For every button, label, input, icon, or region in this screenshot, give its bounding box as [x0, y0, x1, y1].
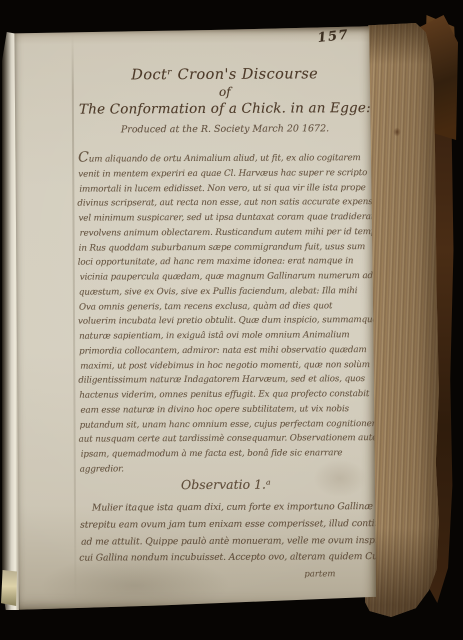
- manuscript-line: maximi, ut post videbimus in hoc negotio…: [80, 358, 376, 374]
- manuscript-line: hactenus viderim, omnes penitus effugit.…: [79, 387, 376, 403]
- manuscript-line: naturæ sapientiam, in exiguâ istâ ovi mo…: [79, 328, 376, 344]
- manuscript-line: ipsam, quemadmodum à me facta est, bonâ …: [81, 446, 377, 462]
- manuscript-line: strepitu eam ovum jam tum enixam esse co…: [80, 516, 376, 534]
- manuscript-body: Cum aliquando de ortu Animalium aliud, u…: [78, 149, 376, 477]
- manuscript-line: primordia collocantem, admiror: nata est…: [79, 343, 376, 359]
- manuscript-line: Ova omnis generis, tam recens exclusa, q…: [79, 299, 377, 315]
- facing-page-bottom-corner: [1, 570, 17, 606]
- manuscript-line: venit in mentem experiri ea quae Cl. Har…: [78, 166, 376, 182]
- catchword: partem: [304, 569, 335, 579]
- manuscript-line: in Rus quoddam suburbanum sæpe commigran…: [79, 240, 377, 256]
- manuscript-page: 157 Doctʳ Croon's Discourse of The Confo…: [11, 25, 376, 611]
- title-block: Doctʳ Croon's Discourse of The Conformat…: [74, 65, 376, 138]
- manuscript-line: loci opportunitate, ad hanc rem maxime i…: [78, 254, 377, 270]
- page-number: 157: [317, 28, 350, 46]
- manuscript-line: aut nusquam certe aut tardissimè consequ…: [79, 431, 377, 447]
- manuscript-line: aggredior.: [80, 461, 377, 477]
- observation-paragraph: Mulier itaque ista quam dixi, cum forte …: [80, 499, 377, 568]
- manuscript-line: cui Gallina nondum incubuisset. Accepto …: [79, 549, 376, 567]
- manuscript-line: quæstum, sive ex Ovis, sive ex Pullis fa…: [79, 284, 377, 300]
- title-line-3: The Conformation of a Chick. in an Egge:: [74, 100, 376, 119]
- title-line-1: Doctʳ Croon's Discourse: [74, 65, 376, 85]
- fore-edge-page-stack: [365, 23, 442, 617]
- manuscript-line: eam esse naturæ in divino hoc opere subt…: [80, 402, 376, 418]
- manuscript-photo: 157 Doctʳ Croon's Discourse of The Confo…: [0, 0, 463, 640]
- manuscript-line: ad me attulit. Quippe paulò antè monuera…: [81, 533, 376, 551]
- manuscript-line: Cum aliquando de ortu Animalium aliud, u…: [78, 149, 376, 167]
- observation-heading: Observatio 1.ᵃ: [76, 476, 376, 493]
- fore-edge-mark: [392, 126, 402, 138]
- manuscript-line: divinus scripserat, aut recta non esse, …: [77, 195, 376, 211]
- title-line-4: Produced at the R. Society March 20 1672…: [74, 121, 376, 138]
- manuscript-line: Mulier itaque ista quam dixi, cum forte …: [80, 499, 377, 517]
- manuscript-line: immortali in lucem edidisset. Non vero, …: [79, 181, 376, 197]
- manuscript-line: vicinia paupercula quædam, quæ magnum Ga…: [80, 269, 377, 285]
- title-line-2: of: [74, 83, 376, 102]
- manuscript-line: putandum sit, unam hanc omnium esse, cuj…: [80, 417, 377, 433]
- manuscript-line: revolvens animum oblectarem. Rusticandum…: [80, 225, 377, 241]
- manuscript-line: diligentissimum naturæ Indagatorem Harvæ…: [78, 372, 376, 388]
- manuscript-line: voluerim incubata levi pretio obtulit. Q…: [78, 313, 377, 329]
- manuscript-line: vel minimum suspicarer, sed ut ipsa dunt…: [78, 210, 376, 226]
